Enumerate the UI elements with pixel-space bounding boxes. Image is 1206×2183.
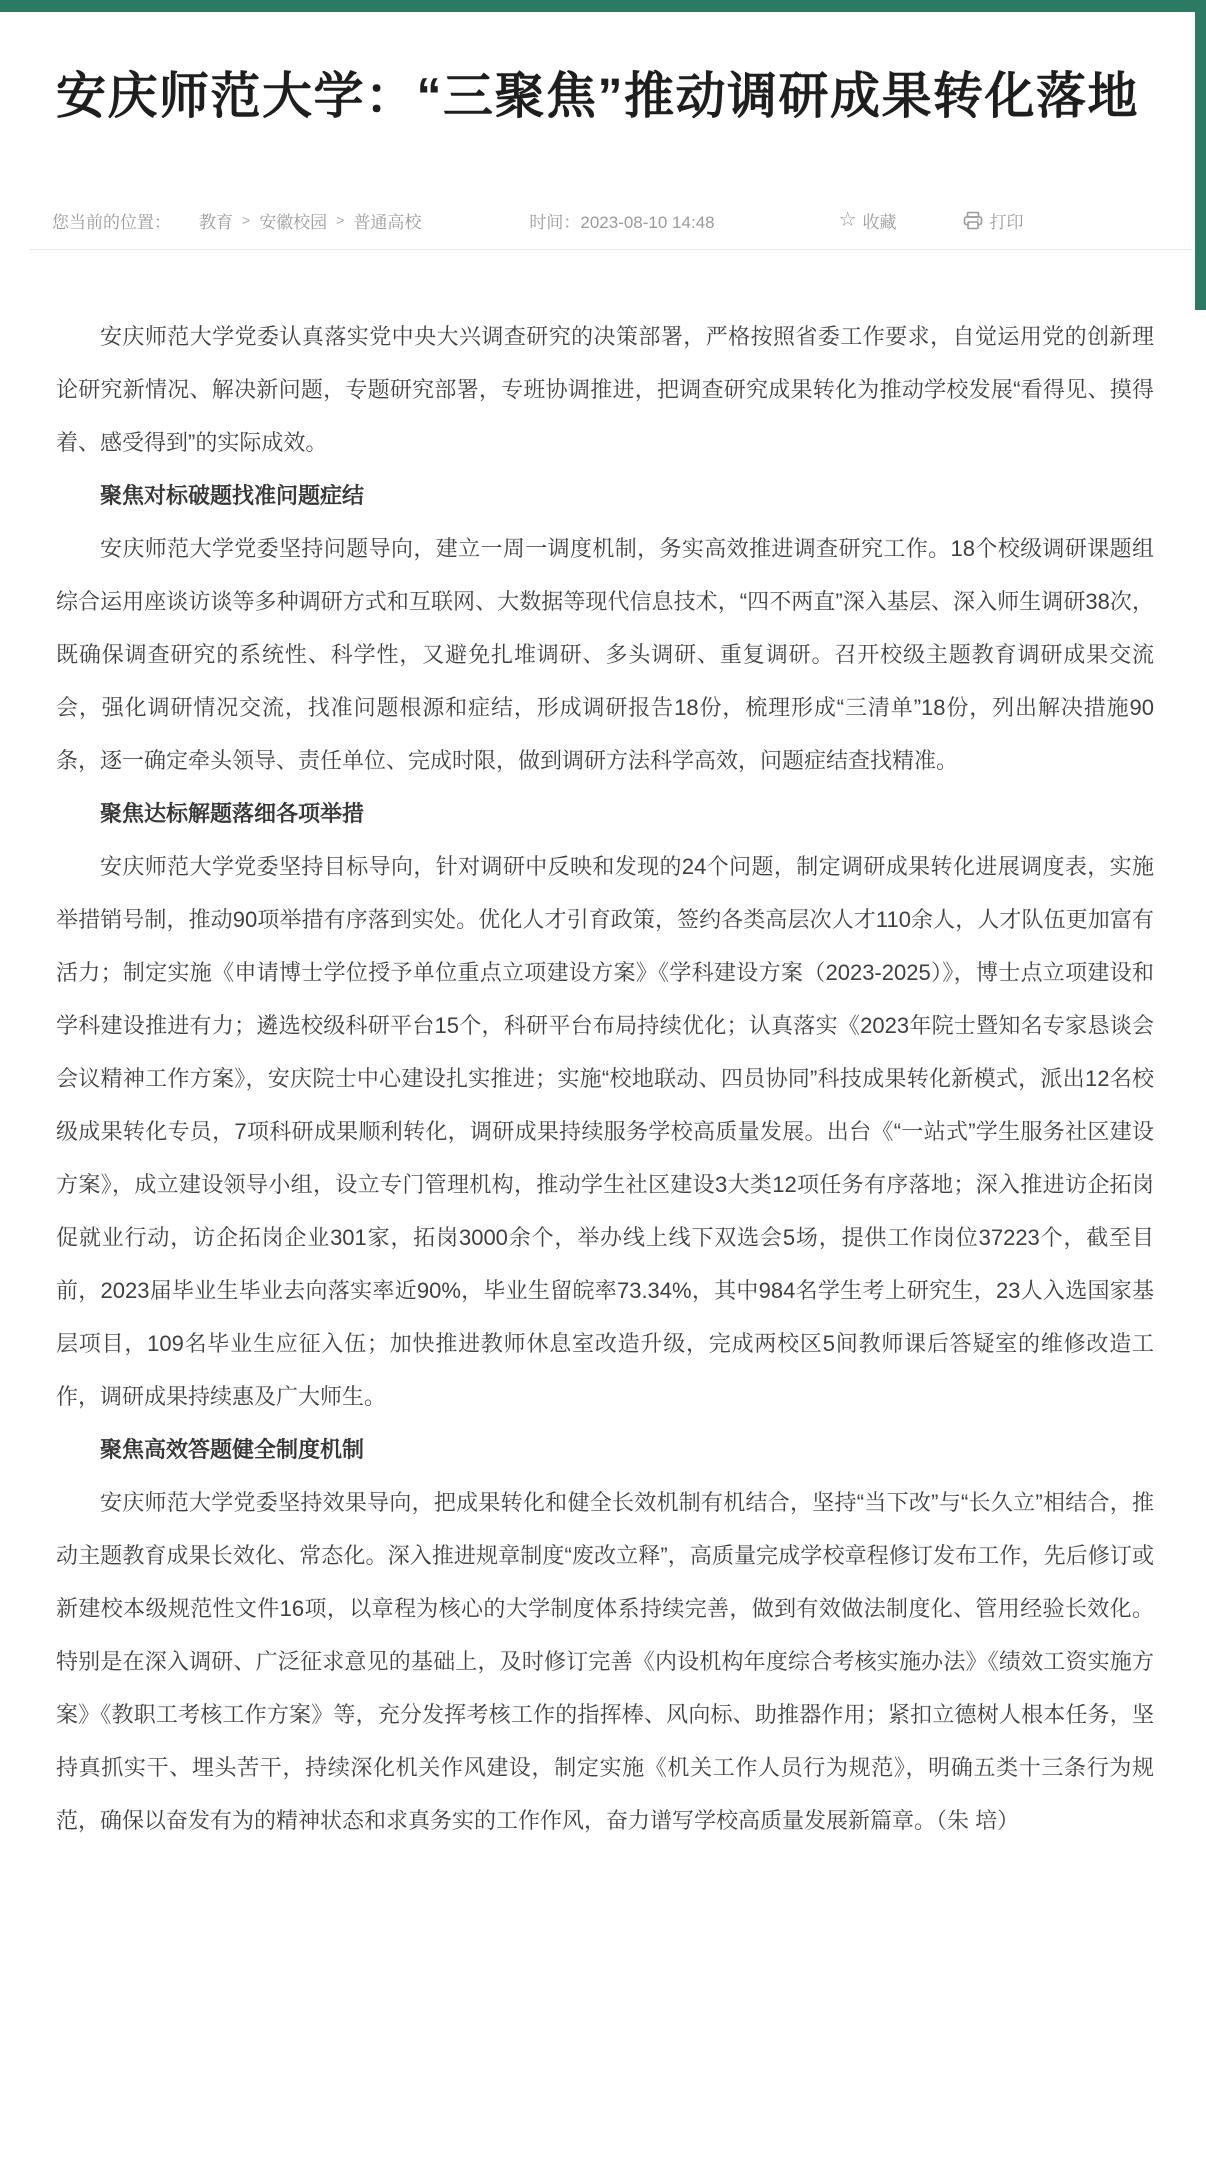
printer-icon <box>963 211 990 230</box>
article-body: 安庆师范大学党委认真落实党中央大兴调查研究的决策部署，严格按照省委工作要求，自觉… <box>56 310 1154 1847</box>
breadcrumb: 您当前的位置： 教育 > 安徽校园 > 普通高校 时间：2023-08-10 1… <box>52 208 1154 233</box>
article-paragraph: 安庆师范大学党委认真落实党中央大兴调查研究的决策部署，严格按照省委工作要求，自觉… <box>56 310 1154 469</box>
article-paragraph: 安庆师范大学党委坚持目标导向，针对调研中反映和发现的24个问题，制定调研成果转化… <box>56 840 1154 1423</box>
breadcrumb-link-general-college[interactable]: 普通高校 <box>353 208 421 233</box>
print-button[interactable]: 打印 <box>963 208 1024 233</box>
breadcrumb-link-anhui-campus[interactable]: 安徽校园 <box>259 208 327 233</box>
article-paragraph: 安庆师范大学党委坚持效果导向，把成果转化和健全长效机制有机结合，坚持“当下改”与… <box>56 1476 1154 1847</box>
article-paragraph: 安庆师范大学党委坚持问题导向，建立一周一调度机制，务实高效推进调查研究工作。18… <box>56 522 1154 787</box>
right-edge-accent <box>1195 0 1206 310</box>
breadcrumb-separator: > <box>242 212 250 228</box>
print-label: 打印 <box>990 208 1024 233</box>
favorite-label: 收藏 <box>863 208 897 233</box>
page-title: 安庆师范大学：“三聚焦”推动调研成果转化落地 <box>56 68 1196 126</box>
top-accent-bar <box>0 0 1206 12</box>
breadcrumb-separator: > <box>336 212 344 228</box>
favorite-button[interactable]: ☆ 收藏 <box>839 208 897 233</box>
star-icon: ☆ <box>839 210 857 230</box>
breadcrumb-label: 您当前的位置： <box>52 208 171 233</box>
publish-time: 时间：2023-08-10 14:48 <box>529 208 714 233</box>
header-divider <box>30 249 1192 250</box>
article-subhead: 聚焦高效答题健全制度机制 <box>56 1423 1154 1476</box>
breadcrumb-link-education[interactable]: 教育 <box>199 208 233 233</box>
article-subhead: 聚焦达标解题落细各项举措 <box>56 787 1154 840</box>
article-subhead: 聚焦对标破题找准问题症结 <box>56 469 1154 522</box>
